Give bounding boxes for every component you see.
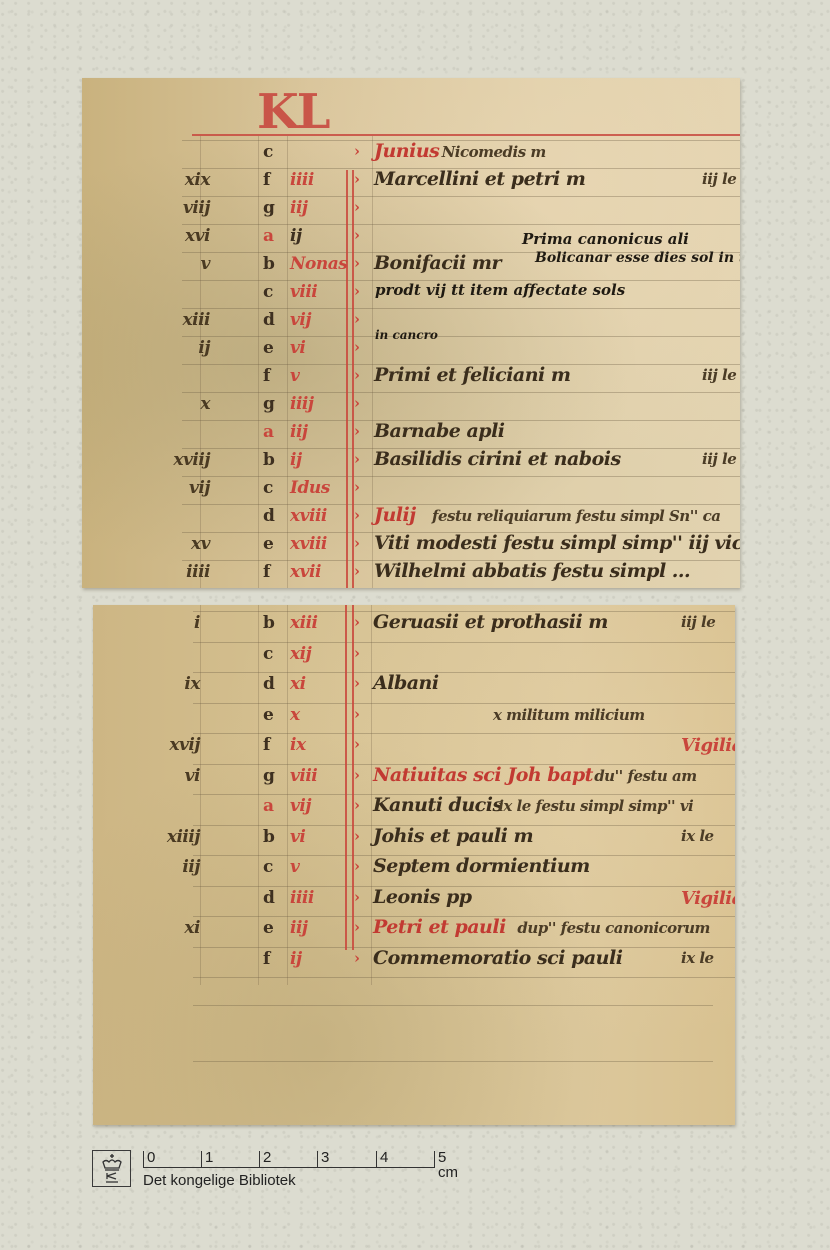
roman-day: vij <box>290 798 311 815</box>
roman-day: vi <box>290 829 305 846</box>
roman-day: vij <box>290 312 311 329</box>
lesson-note: iij le <box>702 452 736 467</box>
scale-label: 4 <box>380 1150 388 1165</box>
ruling-line <box>193 703 735 704</box>
rubric-tick-mark: › <box>354 890 360 905</box>
annotation-line: in cancro <box>375 328 438 342</box>
rubric-tick-mark: › <box>354 920 360 935</box>
roman-day: v <box>290 859 299 876</box>
dominical-letter: e <box>263 920 273 937</box>
dominical-letter: a <box>263 424 274 441</box>
kl-rubric-heading: KL <box>257 84 328 140</box>
column-rule <box>287 605 288 985</box>
annotation-line: Bolicanar esse dies sol in the <box>535 250 740 266</box>
rubric-tick-mark: › <box>354 424 360 439</box>
dominical-letter: c <box>263 646 273 663</box>
golden-number: iij <box>156 859 200 876</box>
roman-day: Nonas <box>290 256 347 273</box>
ruling-line <box>182 504 740 505</box>
roman-day: v <box>290 368 299 385</box>
roman-day: iij <box>290 920 308 937</box>
scale-label: 5 cm <box>438 1150 458 1180</box>
dominical-letter: c <box>263 284 273 301</box>
ruling-line <box>182 196 740 197</box>
lesson-note: ix le <box>681 951 714 966</box>
dominical-letter: b <box>263 829 274 846</box>
rubric-tick-mark: › <box>354 200 360 215</box>
scale-baseline <box>143 1167 435 1168</box>
golden-number: ij <box>166 340 210 357</box>
dominical-letter: d <box>263 312 274 329</box>
dominical-letter: a <box>263 228 274 245</box>
roman-day: xvii <box>290 564 321 581</box>
dominical-letter: c <box>263 480 273 497</box>
column-rule <box>258 605 259 985</box>
feast-note: festu reliquiarum festu simpl Sn'' ca <box>432 509 720 524</box>
feast-note: x militum milicium <box>493 708 645 723</box>
rubric-tick-mark: › <box>354 707 360 722</box>
scale-tick <box>201 1151 202 1168</box>
roman-day: ix <box>290 737 306 754</box>
roman-day: xiii <box>290 615 318 632</box>
rubric-tick-mark: › <box>354 859 360 874</box>
column-rule <box>287 136 288 588</box>
golden-number: vi <box>156 768 200 785</box>
feast-entry: Albani <box>373 674 439 693</box>
rubric-tick-mark: › <box>354 312 360 327</box>
scale-label: 3 <box>321 1150 329 1165</box>
rubric-tick-mark: › <box>354 508 360 523</box>
feast-entry: Septem dormientium <box>373 857 590 876</box>
roman-day: viii <box>290 768 317 785</box>
roman-day: xviii <box>290 508 327 525</box>
dominical-letter: f <box>263 737 270 754</box>
golden-number: xiii <box>166 312 210 329</box>
ruling-line <box>182 392 740 393</box>
lesson-note: iij le <box>702 172 736 187</box>
dominical-letter: f <box>263 951 270 968</box>
red-bracket-line <box>346 170 348 588</box>
lesson-note: ix le <box>681 829 714 844</box>
rubric-tick-mark: › <box>354 768 360 783</box>
library-logo <box>92 1150 131 1187</box>
feast-entry: Natiuitas sci Joh bapt <box>373 766 593 785</box>
rubric-tick-mark: › <box>354 951 360 966</box>
scale-label: 0 <box>147 1150 155 1165</box>
dominical-letter: e <box>263 536 273 553</box>
crown-icon <box>99 1153 125 1185</box>
feast-entry: Julij <box>374 506 416 525</box>
rubric-tick-mark: › <box>354 829 360 844</box>
rubric-tick-mark: › <box>354 340 360 355</box>
annotation-line: Prima canonicus ali <box>522 230 689 248</box>
scale-tick <box>259 1151 260 1168</box>
feast-entry: Commemoratio sci pauli <box>373 949 622 968</box>
golden-number: xiiij <box>156 829 200 846</box>
dominical-letter: f <box>263 564 270 581</box>
golden-number: xvi <box>166 228 210 245</box>
feast-entry: Bonifacii mr <box>374 254 501 273</box>
ruling-line <box>193 1005 713 1006</box>
scale-tick <box>434 1151 435 1168</box>
dominical-letter: b <box>263 256 274 273</box>
dominical-letter: e <box>263 707 273 724</box>
feast-entry: Junius <box>374 142 439 161</box>
golden-number: i <box>156 615 200 632</box>
golden-number: ix <box>156 676 200 693</box>
dominical-letter: d <box>263 890 274 907</box>
roman-day: ij <box>290 951 302 968</box>
roman-day: iiii <box>290 172 314 189</box>
roman-day: xviii <box>290 536 327 553</box>
scale-tick <box>143 1151 144 1168</box>
rubric-tick-mark: › <box>354 284 360 299</box>
golden-number: iiii <box>166 564 210 581</box>
dominical-letter: c <box>263 859 273 876</box>
library-caption: Det kongelige Bibliotek <box>143 1172 296 1189</box>
rubric-tick-mark: › <box>354 396 360 411</box>
ruling-line <box>193 733 735 734</box>
golden-number: xviij <box>166 452 210 469</box>
feast-entry: Barnabe apli <box>374 422 505 441</box>
lesson-note: Vigilia <box>681 737 735 755</box>
rubric-tick-mark: › <box>354 676 360 691</box>
feast-note: ix le festu simpl simp'' vi <box>498 799 693 814</box>
roman-day: iiij <box>290 396 314 413</box>
roman-day: xi <box>290 676 306 693</box>
feast-entry: Johis et pauli m <box>373 827 533 846</box>
roman-day: iiii <box>290 890 314 907</box>
rubric-tick-mark: › <box>354 798 360 813</box>
column-rule <box>371 605 372 985</box>
rubric-tick-mark: › <box>354 646 360 661</box>
ruling-line <box>193 1061 713 1062</box>
dominical-letter: g <box>263 200 274 217</box>
scale-label: 2 <box>263 1150 271 1165</box>
rubric-tick-mark: › <box>354 144 360 159</box>
rubric-tick-mark: › <box>354 256 360 271</box>
feast-note: dup'' festu canonicorum <box>517 921 709 936</box>
ruling-line <box>182 476 740 477</box>
roman-day: iij <box>290 424 308 441</box>
dominical-letter: b <box>263 615 274 632</box>
roman-day: xij <box>290 646 311 663</box>
golden-number: xvij <box>156 737 200 754</box>
rubric-tick-mark: › <box>354 737 360 752</box>
roman-day: viii <box>290 284 317 301</box>
lesson-note: iij le <box>681 615 715 630</box>
rubric-tick-mark: › <box>354 564 360 579</box>
lesson-note: Vigilia <box>681 890 735 908</box>
roman-day: ij <box>290 228 302 245</box>
feast-entry: Leonis pp <box>373 888 472 907</box>
rubric-rule <box>192 134 740 136</box>
rubric-tick-mark: › <box>354 172 360 187</box>
rubric-tick-mark: › <box>354 480 360 495</box>
ruling-line <box>182 308 740 309</box>
ruling-line <box>193 642 735 643</box>
golden-number: x <box>166 396 210 413</box>
column-rule <box>372 136 373 588</box>
scale-tick <box>376 1151 377 1168</box>
feast-entry: Petri et pauli <box>373 918 506 937</box>
golden-number: viij <box>166 200 210 217</box>
feast-entry: Viti modesti festu simpl simp'' iij vic <box>374 534 740 553</box>
dominical-letter: f <box>263 368 270 385</box>
rubric-tick-mark: › <box>354 615 360 630</box>
golden-number: vij <box>166 480 210 497</box>
column-rule <box>200 605 201 985</box>
dominical-letter: d <box>263 676 274 693</box>
roman-day: Idus <box>290 480 330 497</box>
scale-tick <box>317 1151 318 1168</box>
golden-number: v <box>166 256 210 273</box>
feast-note: du'' festu am <box>594 769 696 784</box>
roman-day: vi <box>290 340 305 357</box>
dominical-letter: b <box>263 452 274 469</box>
column-rule <box>258 136 259 588</box>
feast-entry: Primi et feliciani m <box>374 366 570 385</box>
annotation-line: prodt vij tt item affectate sols <box>375 281 625 299</box>
dominical-letter: f <box>263 172 270 189</box>
scale-label: 1 <box>205 1150 213 1165</box>
centimeter-scale: 0 1 2 3 4 5 cm <box>143 1150 438 1168</box>
rubric-tick-mark: › <box>354 452 360 467</box>
golden-number: xi <box>156 920 200 937</box>
dominical-letter: d <box>263 508 274 525</box>
lesson-note: iij le <box>702 368 736 383</box>
ruling-line <box>193 977 735 978</box>
rubric-tick-mark: › <box>354 368 360 383</box>
dominical-letter: c <box>263 144 273 161</box>
roman-day: x <box>290 707 300 724</box>
feast-entry: Basilidis cirini et nabois <box>374 450 621 469</box>
ruling-line <box>182 336 740 337</box>
feast-note: Nicomedis m <box>442 145 546 160</box>
ruling-line <box>193 672 735 673</box>
red-bracket-line <box>345 605 347 950</box>
feast-entry: Wilhelmi abbatis festu simpl ... <box>374 562 690 581</box>
dominical-letter: g <box>263 768 274 785</box>
rubric-tick-mark: › <box>354 228 360 243</box>
manuscript-fragment-bottom: ibxiii›Geruasii et prothasii miij lecxij… <box>93 605 735 1125</box>
dominical-letter: g <box>263 396 274 413</box>
roman-day: ij <box>290 452 302 469</box>
manuscript-fragment-top: KL c›JuniusNicomedis mxixfiiii›Marcellin… <box>82 78 740 588</box>
feast-entry: Marcellini et petri m <box>374 170 585 189</box>
dominical-letter: a <box>263 798 274 815</box>
dominical-letter: e <box>263 340 273 357</box>
feast-entry: Geruasii et prothasii m <box>373 613 608 632</box>
ruling-line <box>182 224 740 225</box>
golden-number: xv <box>166 536 210 553</box>
feast-entry: Kanuti ducis <box>373 796 503 815</box>
roman-day: iij <box>290 200 308 217</box>
golden-number: xix <box>166 172 210 189</box>
rubric-tick-mark: › <box>354 536 360 551</box>
ruling-line <box>182 140 740 141</box>
